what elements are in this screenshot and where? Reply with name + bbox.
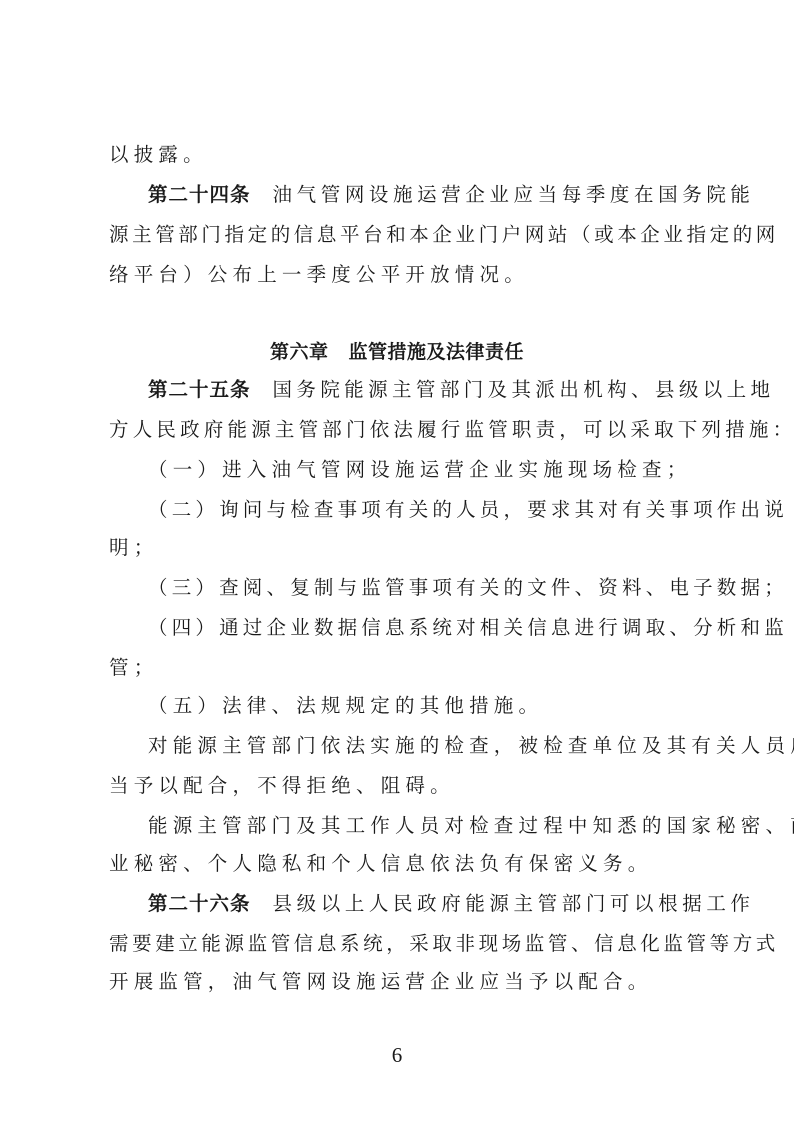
article-24-text: 油气管网设施运营企业应当每季度在国务院能 bbox=[273, 183, 755, 206]
article-24-line-2: 源主管部门指定的信息平台和本企业门户网站（或本企业指定的网 bbox=[109, 223, 687, 247]
article-25-line-2: 方人民政府能源主管部门依法履行监管职责，可以采取下列措施： bbox=[109, 418, 687, 442]
measure-item-4-line-1: （四）通过企业数据信息系统对相关信息进行调取、分析和监 bbox=[148, 616, 687, 640]
paragraph-continuation: 以披露。 bbox=[109, 143, 687, 167]
paragraph-cooperation-line-1: 对能源主管部门依法实施的检查，被检查单位及其有关人员应 bbox=[148, 734, 687, 758]
article-24-line-1: 第二十四条油气管网设施运营企业应当每季度在国务院能 bbox=[148, 183, 687, 207]
article-26-line-3: 开展监管，油气管网设施运营企业应当予以配合。 bbox=[109, 970, 687, 994]
chapter-title: 监管措施及法律责任 bbox=[349, 341, 525, 363]
page-number: 6 bbox=[0, 1043, 794, 1067]
article-26-line-1: 第二十六条县级以上人民政府能源主管部门可以根据工作 bbox=[148, 892, 687, 916]
measure-item-2-line-2: 明； bbox=[109, 536, 687, 560]
chapter-number: 第六章 bbox=[270, 341, 329, 363]
measure-item-5: （五）法律、法规规定的其他措施。 bbox=[148, 694, 687, 718]
article-25-heading: 第二十五条 bbox=[148, 378, 251, 401]
paragraph-confidentiality-line-1: 能源主管部门及其工作人员对检查过程中知悉的国家秘密、商 bbox=[148, 814, 687, 838]
article-26-text: 县级以上人民政府能源主管部门可以根据工作 bbox=[273, 892, 755, 915]
article-24-heading: 第二十四条 bbox=[148, 183, 251, 206]
article-26-line-2: 需要建立能源监管信息系统，采取非现场监管、信息化监管等方式 bbox=[109, 932, 687, 956]
chapter-heading: 第六章监管措施及法律责任 bbox=[0, 340, 794, 364]
document-page: 以披露。 第二十四条油气管网设施运营企业应当每季度在国务院能 源主管部门指定的信… bbox=[0, 0, 794, 1123]
article-26-heading: 第二十六条 bbox=[148, 892, 251, 915]
paragraph-cooperation-line-2: 当予以配合，不得拒绝、阻碍。 bbox=[109, 774, 687, 798]
measure-item-3: （三）查阅、复制与监管事项有关的文件、资料、电子数据； bbox=[148, 576, 687, 600]
article-24-line-3: 络平台）公布上一季度公平开放情况。 bbox=[109, 263, 687, 287]
article-25-line-1: 第二十五条国务院能源主管部门及其派出机构、县级以上地 bbox=[148, 378, 687, 402]
measure-item-4-line-2: 管； bbox=[109, 656, 687, 680]
measure-item-1: （一）进入油气管网设施运营企业实施现场检查； bbox=[148, 458, 687, 482]
paragraph-confidentiality-line-2: 业秘密、个人隐私和个人信息依法负有保密义务。 bbox=[109, 852, 687, 876]
measure-item-2-line-1: （二）询问与检查事项有关的人员，要求其对有关事项作出说 bbox=[148, 498, 687, 522]
article-25-text: 国务院能源主管部门及其派出机构、县级以上地 bbox=[273, 378, 775, 401]
